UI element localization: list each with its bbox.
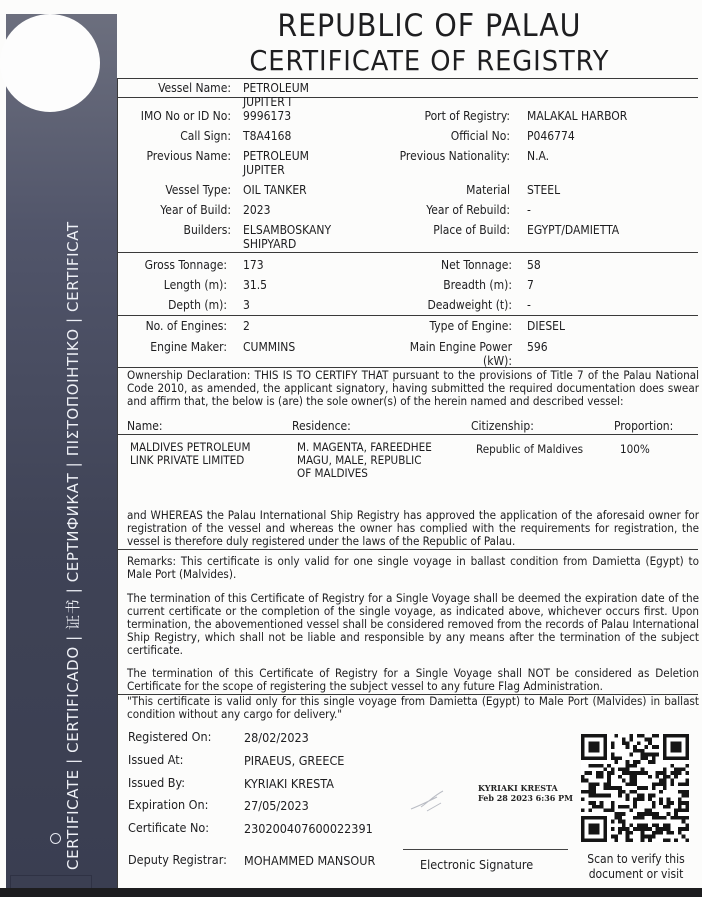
builders-value: ELSAMBOSKANY SHIPYARD: [243, 223, 331, 251]
bottom-edge: [0, 888, 702, 897]
deputy-registrar-label: Deputy Registrar:: [128, 852, 227, 867]
validity-clause: "This certificate is valid only for this…: [127, 695, 699, 721]
ownership-declaration: Ownership Declaration: THIS IS TO CERTIF…: [127, 369, 699, 408]
termination-clause: The termination of this Certificate of R…: [127, 592, 699, 657]
owner-proportion-header: Proportion:: [614, 419, 673, 433]
qr-code-icon[interactable]: [581, 734, 689, 842]
imo-value: 9996173: [243, 109, 291, 123]
owner-residence-header: Residence:: [292, 419, 351, 433]
certificate-no-label: Certificate No:: [128, 820, 209, 835]
engine-power-label: Main Engine Power (kW):: [380, 340, 512, 368]
previous-name-value: PETROLEUM JUPITER: [243, 149, 309, 177]
official-no-value: P046774: [527, 129, 575, 143]
signature-line: [403, 849, 568, 850]
left-border: [117, 78, 118, 888]
remarks-text: This certificate is only valid for one s…: [127, 554, 699, 581]
depth-label: Depth (m):: [120, 298, 227, 312]
electronic-signature-stamp: KYRIAKI KRESTA Feb 28 2023 6:36 PM: [478, 783, 573, 803]
deputy-registrar-value: MOHAMMED MANSOUR: [244, 853, 375, 868]
divider: [118, 252, 698, 253]
divider: [118, 315, 698, 316]
net-tonnage-label: Net Tonnage:: [380, 258, 512, 272]
divider: [118, 549, 698, 550]
place-of-build-value: EGYPT/DAMIETTA: [527, 223, 619, 237]
owner-residence: M. MAGENTA, FAREEDHEE MAGU, MALE, REPUBL…: [297, 441, 432, 480]
engine-maker-label: Engine Maker:: [120, 340, 227, 354]
owner-proportion: 100%: [620, 443, 650, 456]
remarks: Remarks: This certificate is only valid …: [127, 555, 699, 581]
previous-nationality-label: Previous Nationality:: [380, 149, 510, 163]
divider: [118, 97, 698, 98]
material-value: STEEL: [527, 183, 560, 197]
gross-tonnage-value: 173: [243, 258, 264, 272]
remarks-label: Remarks:: [127, 554, 176, 568]
engine-power-value: 596: [527, 340, 548, 354]
vessel-type-value: OIL TANKER: [243, 183, 307, 197]
year-of-build-label: Year of Build:: [120, 203, 231, 217]
electronic-signature-label: Electronic Signature: [420, 857, 533, 872]
official-no-label: Official No:: [380, 129, 510, 143]
expiration-on-value: 27/05/2023: [244, 798, 309, 813]
certificate-page: CERTIFICATE | CERTIFICADO | 证书 | СЕРТИФИ…: [0, 0, 702, 897]
depth-value: 3: [243, 298, 250, 312]
strip-ring-icon: [50, 833, 61, 844]
owner-citizenship: Republic of Maldives: [476, 443, 583, 456]
signature-scribble-icon: [407, 785, 467, 815]
issued-at-value: PIRAEUS, GREECE: [244, 753, 344, 768]
year-of-rebuild-label: Year of Rebuild:: [380, 203, 510, 217]
breadth-label: Breadth (m):: [380, 278, 512, 292]
deadweight-label: Deadweight (t):: [380, 298, 512, 312]
ownership-declaration-label: Ownership Declaration:: [127, 368, 250, 382]
issued-at-label: Issued At:: [128, 752, 183, 767]
strip-punch-hole: [0, 14, 100, 112]
issued-by-label: Issued By:: [128, 775, 185, 790]
engine-maker-value: CUMMINS: [243, 340, 295, 354]
net-tonnage-value: 58: [527, 258, 541, 272]
signature-timestamp: Feb 28 2023 6:36 PM: [478, 793, 573, 803]
previous-name-label: Previous Name:: [120, 149, 231, 163]
vessel-type-label: Vessel Type:: [120, 183, 231, 197]
deletion-clause: The termination of this Certificate of R…: [127, 667, 699, 693]
vessel-name-label: Vessel Name:: [125, 81, 231, 95]
strip-multilingual-text: CERTIFICATE | CERTIFICADO | 证书 | СЕРТИФИ…: [62, 221, 83, 870]
deadweight-value: -: [527, 298, 531, 312]
year-of-rebuild-value: -: [527, 203, 531, 217]
material-label: Material: [380, 183, 510, 197]
whereas-statement: and WHEREAS the Palau International Ship…: [127, 509, 699, 548]
signer-name: KYRIAKI KRESTA: [478, 783, 573, 793]
divider: [118, 78, 698, 79]
divider: [118, 434, 698, 435]
engine-count-value: 2: [243, 319, 250, 333]
length-label: Length (m):: [120, 278, 227, 292]
engine-type-label: Type of Engine:: [380, 319, 512, 333]
imo-label: IMO No or ID No:: [120, 109, 231, 123]
page-title: REPUBLIC OF PALAU: [143, 8, 678, 44]
call-sign-label: Call Sign:: [120, 129, 231, 143]
issued-by-value: KYRIAKI KRESTA: [244, 776, 334, 791]
call-sign-value: T8A4168: [243, 129, 291, 143]
engine-count-label: No. of Engines:: [120, 319, 227, 333]
vessel-name-value: PETROLEUM JUPITER I: [243, 81, 309, 109]
owner-name: MALDIVES PETROLEUM LINK PRIVATE LIMITED: [130, 441, 250, 467]
page-subtitle: CERTIFICATE OF REGISTRY: [143, 44, 678, 77]
certificate-no-value: 230200407600022391: [244, 821, 373, 836]
registered-on-label: Registered On:: [128, 729, 211, 744]
port-of-registry-label: Port of Registry:: [380, 109, 510, 123]
engine-type-value: DIESEL: [527, 319, 565, 333]
registered-on-value: 28/02/2023: [244, 730, 309, 745]
breadth-value: 7: [527, 278, 534, 292]
previous-nationality-value: N.A.: [527, 149, 549, 163]
gross-tonnage-label: Gross Tonnage:: [120, 258, 227, 272]
builders-label: Builders:: [120, 223, 231, 237]
verify-instructions: Scan to verify this document or visit: [580, 852, 692, 882]
port-of-registry-value: MALAKAL HARBOR: [527, 109, 627, 123]
owner-name-header: Name:: [127, 419, 163, 433]
owner-citizenship-header: Citizenship:: [471, 419, 534, 433]
expiration-on-label: Expiration On:: [128, 797, 208, 812]
place-of-build-label: Place of Build:: [380, 223, 510, 237]
length-value: 31.5: [243, 278, 267, 292]
year-of-build-value: 2023: [243, 203, 270, 217]
